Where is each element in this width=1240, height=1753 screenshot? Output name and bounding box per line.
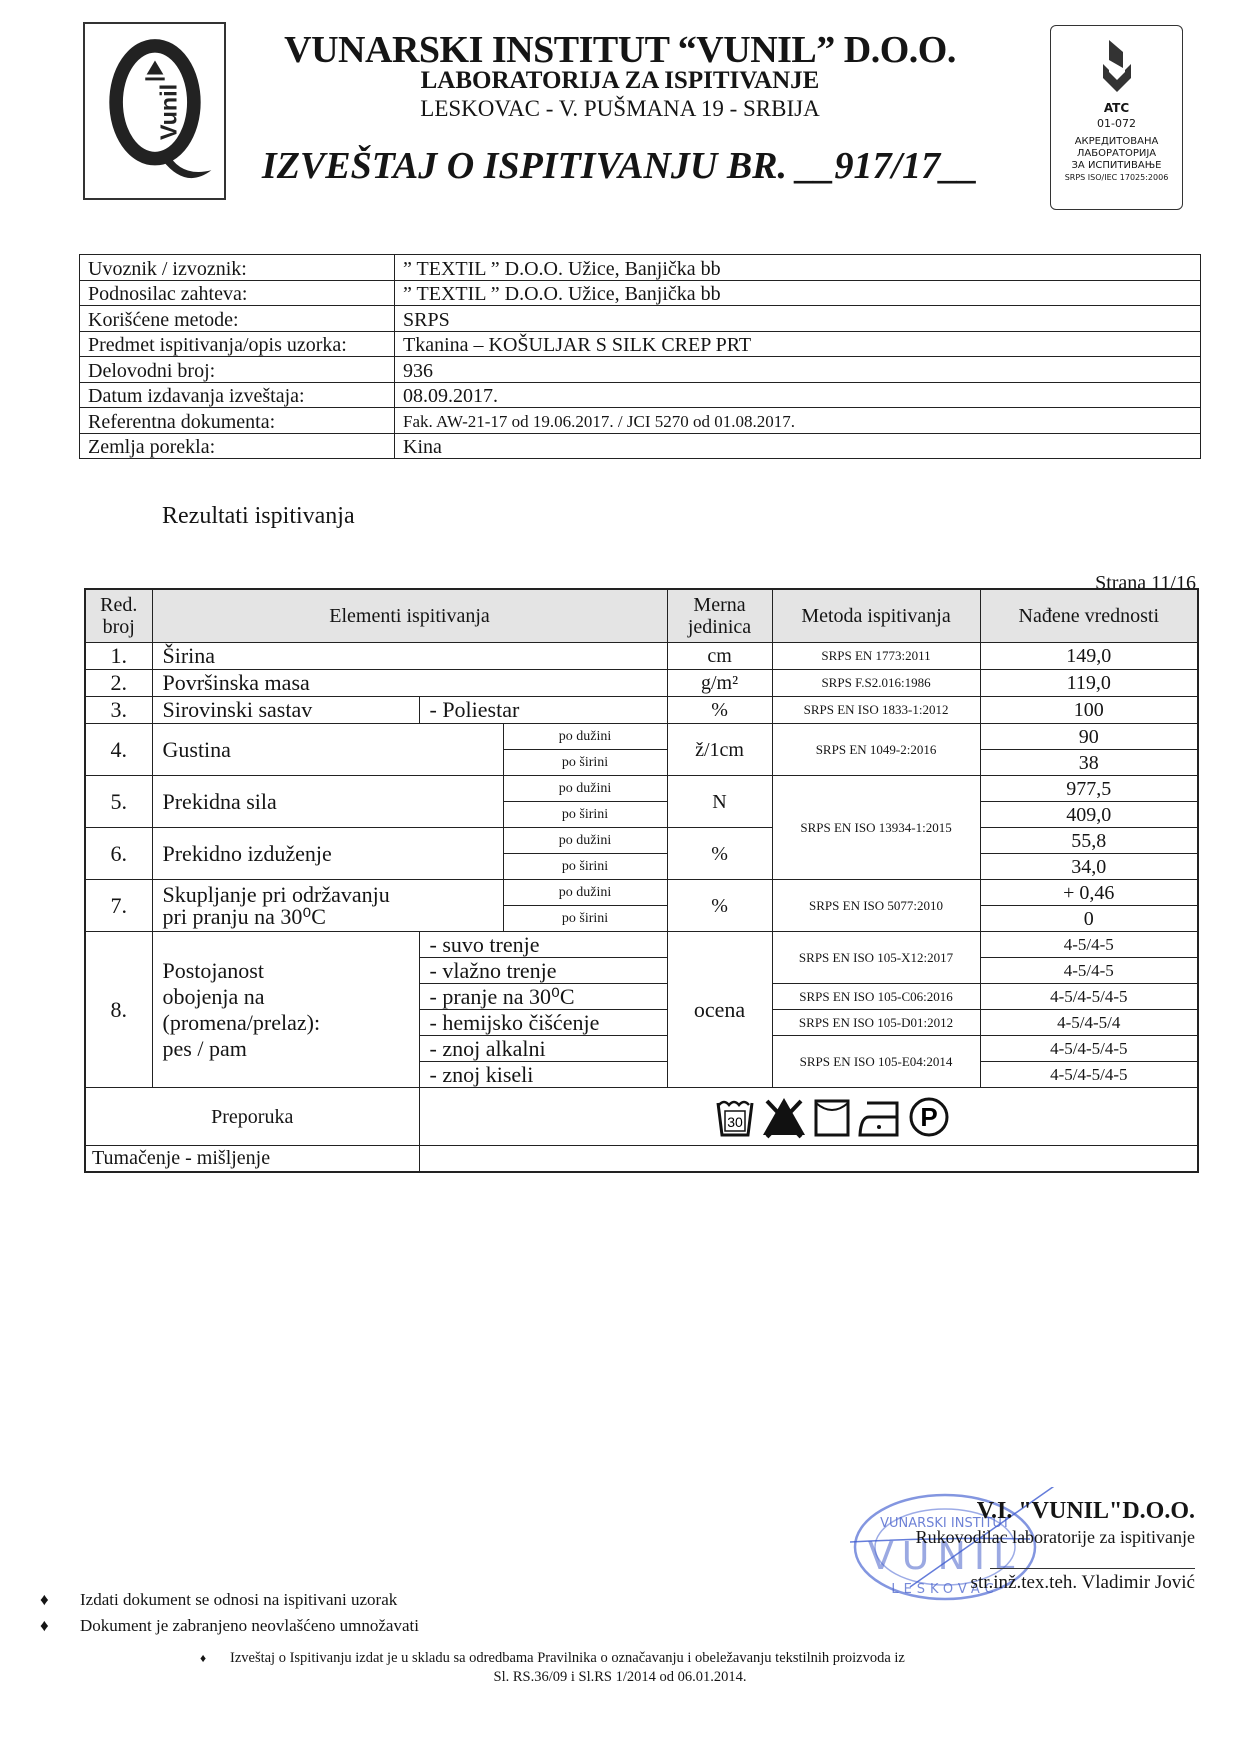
accreditation-badge: ATC 01-072 АКРЕДИТОВАНА ЛАБОРАТОРИЈА ЗА … — [1050, 25, 1183, 210]
info-value: SRPS — [395, 306, 1201, 332]
info-value: Kina — [395, 433, 1201, 459]
note-text: Dokument je zabranjeno neovlašćeno umnož… — [80, 1616, 419, 1635]
row-unit: % — [667, 697, 772, 724]
info-value: Fak. AW-21-17 od 19.06.2017. / JCI 5270 … — [395, 408, 1201, 434]
table-row: 5. Prekidna sila po dužini N SRPS EN ISO… — [85, 776, 1198, 802]
test-name: - pranje na 30⁰C — [419, 984, 667, 1010]
test-value: 4-5/4-5/4 — [980, 1010, 1198, 1036]
test-name: - vlažno trenje — [419, 958, 667, 984]
row-element: Prekidna sila — [152, 776, 503, 828]
info-row: Podnosilac zahteva:” TEXTIL ” D.O.O. Uži… — [80, 280, 1201, 306]
row-no: 7. — [85, 880, 152, 932]
atc-chevron-icon — [1095, 38, 1139, 98]
row-method: SRPS EN ISO 1833-1:2012 — [772, 697, 980, 724]
row-element-line1: Skupljanje pri održavanju — [163, 884, 503, 906]
atc-line3: ЗА ИСПИТИВАЊЕ — [1051, 160, 1182, 172]
info-value: 936 — [395, 357, 1201, 383]
direction-width: po širini — [503, 854, 667, 880]
note-text: Izdati dokument se odnosi na ispitivani … — [80, 1590, 397, 1609]
direction-length: po dužini — [503, 828, 667, 854]
opinion-value — [419, 1146, 1198, 1172]
info-value: Tkanina – KOŠULJAR S SILK CREP PRT — [395, 331, 1201, 357]
row-element: Sirovinski sastav — [152, 697, 419, 724]
row-method: SRPS EN 1049-2:2016 — [772, 724, 980, 776]
bullet-icon: ♦ — [40, 1616, 80, 1636]
svg-text:30: 30 — [727, 1114, 743, 1130]
care-symbols: 30 — [419, 1088, 1198, 1146]
row-method: SRPS EN ISO 5077:2010 — [772, 880, 980, 932]
svg-text:Vunil: Vunil — [155, 84, 181, 140]
dry-clean-p-icon: P — [907, 1095, 951, 1139]
header-method: Metoda ispitivanja — [772, 589, 980, 643]
legal-note-line1: Izveštaj o Ispitivanju izdat je u skladu… — [230, 1650, 905, 1666]
header-value: Nađene vrednosti — [980, 589, 1198, 643]
row-no: 6. — [85, 828, 152, 880]
info-row: Uvoznik / izvoznik:” TEXTIL ” D.O.O. Uži… — [80, 255, 1201, 281]
test-name: - suvo trenje — [419, 932, 667, 958]
info-label: Zemlja porekla: — [80, 433, 395, 459]
vunil-logo: Vunil — [83, 22, 226, 200]
row-unit: ž/1cm — [667, 724, 772, 776]
row-value-width: 409,0 — [980, 802, 1198, 828]
info-row: Datum izdavanja izveštaja:08.09.2017. — [80, 382, 1201, 408]
test-value: 4-5/4-5 — [980, 958, 1198, 984]
test-value: 4-5/4-5 — [980, 932, 1198, 958]
header-unit: Merna jedinica — [667, 589, 772, 643]
info-value: ” TEXTIL ” D.O.O. Užice, Banjička bb — [395, 280, 1201, 306]
row-unit: % — [667, 880, 772, 932]
opinion-row: Tumačenje - mišljenje — [85, 1146, 1198, 1172]
table-row: 6. Prekidno izduženje po dužini % 55,8 — [85, 828, 1198, 854]
legal-note: ♦Izveštaj o Ispitivanju izdat je u sklad… — [200, 1650, 1040, 1667]
atc-code: ATC — [1051, 101, 1182, 115]
table-row: 4. Gustina po dužini ž/1cm SRPS EN 1049-… — [85, 724, 1198, 750]
recommendation-row: Preporuka 30 — [85, 1088, 1198, 1146]
row-value-length: + 0,46 — [980, 880, 1198, 906]
info-row: Delovodni broj:936 — [80, 357, 1201, 383]
row-element: Postojanost obojenja na (promena/prelaz)… — [152, 932, 419, 1088]
row-method: SRPS EN ISO 105-C06:2016 — [772, 984, 980, 1010]
row-no: 5. — [85, 776, 152, 828]
table-row: 7. Skupljanje pri održavanju pri pranju … — [85, 880, 1198, 906]
table-row: 3. Sirovinski sastav - Poliestar % SRPS … — [85, 697, 1198, 724]
bullet-icon: ♦ — [40, 1590, 80, 1610]
section-title: Rezultati ispitivanja — [162, 503, 355, 530]
row-subelement: - Poliestar — [419, 697, 667, 724]
row-value: 100 — [980, 697, 1198, 724]
row-no: 8. — [85, 932, 152, 1088]
table-row: 8. Postojanost obojenja na (promena/prel… — [85, 932, 1198, 958]
atc-standard: SRPS ISO/IEC 17025:2006 — [1051, 173, 1182, 182]
direction-length: po dužini — [503, 724, 667, 750]
signature-company: V.I. "VUNIL"D.O.O. — [977, 1498, 1195, 1525]
header-no: Red. broj — [85, 589, 152, 643]
info-label: Delovodni broj: — [80, 357, 395, 383]
atc-number: 01-072 — [1051, 117, 1182, 130]
info-label: Podnosilac zahteva: — [80, 280, 395, 306]
row-element: Gustina — [152, 724, 503, 776]
row-element-line: (promena/prelaz): — [163, 1010, 419, 1036]
row-element: Skupljanje pri održavanju pri pranju na … — [152, 880, 503, 932]
row-value-width: 34,0 — [980, 854, 1198, 880]
table-row: 1. Širina cm SRPS EN 1773:2011 149,0 — [85, 643, 1198, 670]
info-table: Uvoznik / izvoznik:” TEXTIL ” D.O.O. Uži… — [79, 254, 1201, 459]
info-label: Referentna dokumenta: — [80, 408, 395, 434]
bullet-icon: ♦ — [200, 1651, 230, 1666]
test-name: - znoj kiseli — [419, 1062, 667, 1088]
row-unit: % — [667, 828, 772, 880]
table-header-row: Red. broj Elementi ispitivanja Merna jed… — [85, 589, 1198, 643]
note-item: ♦Dokument je zabranjeno neovlašćeno umno… — [40, 1616, 419, 1636]
q-logo-icon: Vunil — [85, 24, 224, 198]
info-row: Korišćene metode:SRPS — [80, 306, 1201, 332]
signature-name: str.inž.tex.teh. Vladimir Jović — [971, 1572, 1195, 1594]
test-value: 4-5/4-5/4-5 — [980, 984, 1198, 1010]
direction-width: po širini — [503, 802, 667, 828]
row-unit: N — [667, 776, 772, 828]
row-method: SRPS EN 1773:2011 — [772, 643, 980, 670]
table-row: 2. Površinska masa g/m² SRPS F.S2.016:19… — [85, 670, 1198, 697]
note-item: ♦Izdati dokument se odnosi na ispitivani… — [40, 1590, 397, 1610]
row-no: 1. — [85, 643, 152, 670]
row-no: 2. — [85, 670, 152, 697]
row-element: Prekidno izduženje — [152, 828, 503, 880]
row-method: SRPS F.S2.016:1986 — [772, 670, 980, 697]
row-unit: cm — [667, 643, 772, 670]
row-element-line: Postojanost — [163, 958, 419, 984]
direction-width: po širini — [503, 750, 667, 776]
signature-line — [990, 1568, 1195, 1569]
row-element-line2: pri pranju na 30⁰C — [163, 906, 503, 928]
row-element: Širina — [152, 643, 667, 670]
row-element-line: pes / pam — [163, 1036, 419, 1062]
recommendation-label: Preporuka — [85, 1088, 419, 1146]
tumble-dry-icon — [813, 1095, 851, 1139]
direction-length: po dužini — [503, 880, 667, 906]
wash-30-icon: 30 — [715, 1095, 755, 1139]
atc-line2: ЛАБОРАТОРИЈА — [1051, 148, 1182, 160]
row-value-length: 55,8 — [980, 828, 1198, 854]
iron-low-icon — [857, 1095, 901, 1139]
row-value: 149,0 — [980, 643, 1198, 670]
row-value-length: 90 — [980, 724, 1198, 750]
report-title: IZVEŠTAJ O ISPITIVANJU BR. __917/17__ — [250, 144, 990, 188]
row-method: SRPS EN ISO 105-X12:2017 — [772, 932, 980, 984]
row-no: 4. — [85, 724, 152, 776]
results-table: Red. broj Elementi ispitivanja Merna jed… — [84, 588, 1199, 1173]
header-element: Elementi ispitivanja — [152, 589, 667, 643]
opinion-label: Tumačenje - mišljenje — [85, 1146, 419, 1172]
info-value: ” TEXTIL ” D.O.O. Užice, Banjička bb — [395, 255, 1201, 281]
address: LESKOVAC - V. PUŠMANA 19 - SRBIJA — [250, 96, 990, 122]
info-row: Zemlja porekla:Kina — [80, 433, 1201, 459]
legal-note-line2: Sl. RS.36/09 i Sl.RS 1/2014 od 06.01.201… — [200, 1669, 1040, 1686]
row-unit: ocena — [667, 932, 772, 1088]
institute-name: VUNARSKI INSTITUT “VUNIL” D.O.O. — [250, 28, 990, 72]
row-method: SRPS EN ISO 105-D01:2012 — [772, 1010, 980, 1036]
no-bleach-icon — [761, 1095, 807, 1139]
test-value: 4-5/4-5/4-5 — [980, 1036, 1198, 1062]
direction-width: po širini — [503, 906, 667, 932]
row-element: Površinska masa — [152, 670, 667, 697]
info-label: Uvoznik / izvoznik: — [80, 255, 395, 281]
test-value: 4-5/4-5/4-5 — [980, 1062, 1198, 1088]
info-row: Predmet ispitivanja/opis uzorka:Tkanina … — [80, 331, 1201, 357]
signature-role: Rukovodilac laboratorije za ispitivanje — [916, 1527, 1195, 1548]
row-no: 3. — [85, 697, 152, 724]
row-element-line: obojenja na — [163, 984, 419, 1010]
test-name: - hemijsko čišćenje — [419, 1010, 667, 1036]
info-label: Korišćene metode: — [80, 306, 395, 332]
row-method: SRPS EN ISO 105-E04:2014 — [772, 1036, 980, 1088]
atc-line1: АКРЕДИТОВАНА — [1051, 136, 1182, 148]
direction-length: po dužini — [503, 776, 667, 802]
test-name: - znoj alkalni — [419, 1036, 667, 1062]
info-label: Datum izdavanja izveštaja: — [80, 382, 395, 408]
info-label: Predmet ispitivanja/opis uzorka: — [80, 331, 395, 357]
row-method: SRPS EN ISO 13934-1:2015 — [772, 776, 980, 880]
row-value: 119,0 — [980, 670, 1198, 697]
row-value-length: 977,5 — [980, 776, 1198, 802]
info-row: Referentna dokumenta:Fak. AW-21-17 od 19… — [80, 408, 1201, 434]
lab-name: LABORATORIJA ZA ISPITIVANJE — [250, 67, 990, 95]
row-value-width: 38 — [980, 750, 1198, 776]
row-value-width: 0 — [980, 906, 1198, 932]
svg-text:P: P — [920, 1102, 937, 1132]
row-unit: g/m² — [667, 670, 772, 697]
info-value: 08.09.2017. — [395, 382, 1201, 408]
